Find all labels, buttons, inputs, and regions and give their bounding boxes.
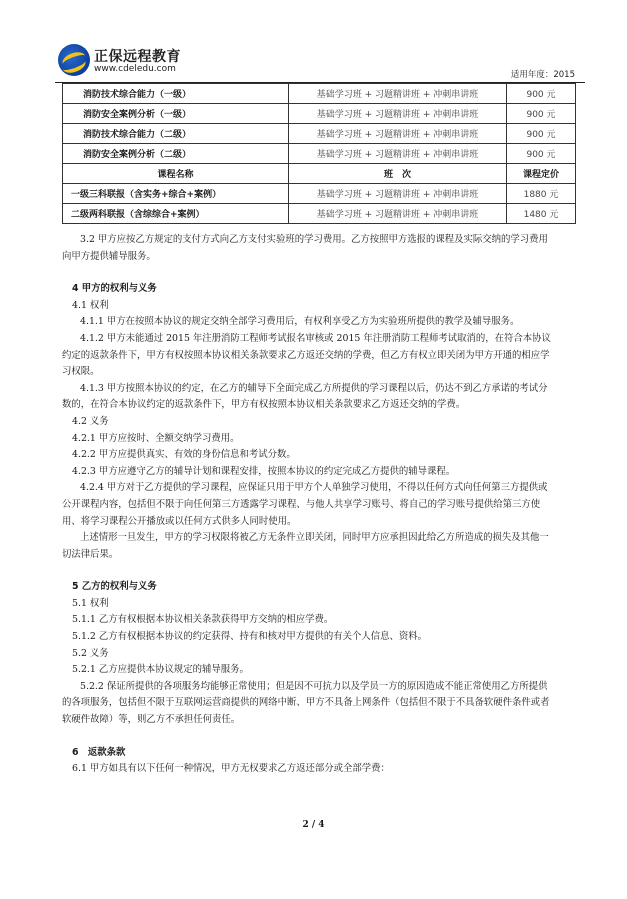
course-classes: 基础学习班 + 习题精讲班 + 冲刺串讲班 xyxy=(289,204,507,224)
clause-6-1: 6.1 甲方如具有以下任何一种情况，甲方无权要求乙方返还部分或全部学费： xyxy=(62,761,556,778)
clause-5-1-2: 5.1.2 乙方有权根据本协议的约定获得、持有和核对甲方提供的有关个人信息、资料… xyxy=(62,629,556,646)
course-price: 1480 元 xyxy=(507,204,576,224)
document-body: 3.2 甲方应按乙方规定的支付方式向乙方支付实验班的学习费用。乙方按照甲方选报的… xyxy=(62,232,556,778)
table-row: 消防技术综合能力（二级） 基础学习班 + 习题精讲班 + 冲刺串讲班 900 元 xyxy=(63,124,576,144)
course-classes: 基础学习班 + 习题精讲班 + 冲刺串讲班 xyxy=(289,84,507,104)
clause-5-1-1: 5.1.1 乙方有权根据本协议相关条款获得甲方交纳的相应学费。 xyxy=(62,612,556,629)
clause-4-1-2: 4.1.2 甲方未能通过 2015 年注册消防工程师考试报名审核或 2015 年… xyxy=(62,331,556,381)
column-header-price: 课程定价 xyxy=(507,164,576,184)
clause-4-2-2: 4.2.2 甲方应提供真实、有效的身份信息和考试分数。 xyxy=(62,447,556,464)
section-6-title: 6 返款条款 xyxy=(62,745,556,762)
course-name: 一级三科联报（含实务+综合+案例） xyxy=(63,184,289,204)
clause-4-2-4-consequence: 上述情形一旦发生，甲方的学习权限将被乙方无条件立即关闭，同时甲方应承担因此给乙方… xyxy=(62,530,556,563)
course-price: 900 元 xyxy=(507,144,576,164)
course-name: 消防技术综合能力（一级） xyxy=(63,84,289,104)
clause-5-2: 5.2 义务 xyxy=(62,646,556,663)
column-header-course-name: 课程名称 xyxy=(63,164,289,184)
table-row: 一级三科联报（含实务+综合+案例） 基础学习班 + 习题精讲班 + 冲刺串讲班 … xyxy=(63,184,576,204)
clause-5-2-1: 5.2.1 乙方应提供本协议规定的辅导服务。 xyxy=(62,662,556,679)
course-classes: 基础学习班 + 习题精讲班 + 冲刺串讲班 xyxy=(289,144,507,164)
course-classes: 基础学习班 + 习题精讲班 + 冲刺串讲班 xyxy=(289,124,507,144)
brand-url: www.cdeledu.com xyxy=(94,64,176,74)
course-classes: 基础学习班 + 习题精讲班 + 冲刺串讲班 xyxy=(289,104,507,124)
clause-4-1: 4.1 权利 xyxy=(62,298,556,315)
clause-4-2: 4.2 义务 xyxy=(62,414,556,431)
column-header-classes: 班 次 xyxy=(289,164,507,184)
clause-3-2: 3.2 甲方应按乙方规定的支付方式向乙方支付实验班的学习费用。乙方按照甲方选报的… xyxy=(62,232,556,265)
course-price: 900 元 xyxy=(507,124,576,144)
page-header: 正保远程教育 www.cdeledu.com 适用年度：2015 xyxy=(0,0,627,84)
table-header-row: 课程名称 班 次 课程定价 xyxy=(63,164,576,184)
clause-4-1-1: 4.1.1 甲方在按照本协议的规定交纳全部学习费用后，有权利享受乙方为实验班所提… xyxy=(62,314,556,331)
course-name: 二级两科联报（含综综合+案例） xyxy=(63,204,289,224)
course-price: 1880 元 xyxy=(507,184,576,204)
table-row: 消防安全案例分析（一级） 基础学习班 + 习题精讲班 + 冲刺串讲班 900 元 xyxy=(63,104,576,124)
applicable-year: 适用年度：2015 xyxy=(511,68,575,80)
clause-4-1-3: 4.1.3 甲方按照本协议的约定，在乙方的辅导下全面完成乙方所提供的学习课程以后… xyxy=(62,381,556,414)
table-row: 二级两科联报（含综综合+案例） 基础学习班 + 习题精讲班 + 冲刺串讲班 14… xyxy=(63,204,576,224)
table-row: 消防技术综合能力（一级） 基础学习班 + 习题精讲班 + 冲刺串讲班 900 元 xyxy=(63,84,576,104)
clause-4-2-3: 4.2.3 甲方应遵守乙方的辅导计划和课程安排，按照本协议的约定完成乙方提供的辅… xyxy=(62,464,556,481)
course-name: 消防技术综合能力（二级） xyxy=(63,124,289,144)
section-5-title: 5 乙方的权利与义务 xyxy=(62,579,556,596)
section-4-title: 4 甲方的权利与义务 xyxy=(62,281,556,298)
clause-4-2-1: 4.2.1 甲方应按时、全额交纳学习费用。 xyxy=(62,431,556,448)
course-name: 消防安全案例分析（一级） xyxy=(63,104,289,124)
course-price-table: 消防技术综合能力（一级） 基础学习班 + 习题精讲班 + 冲刺串讲班 900 元… xyxy=(62,83,576,224)
page-number: 2 / 4 xyxy=(0,820,627,830)
course-classes: 基础学习班 + 习题精讲班 + 冲刺串讲班 xyxy=(289,184,507,204)
cdeledu-logo-icon xyxy=(58,44,90,76)
brand-name: 正保远程教育 xyxy=(94,46,181,66)
clause-5-2-2: 5.2.2 保证所提供的各项服务均能够正常使用；但是因不可抗力以及学员一方的原因… xyxy=(62,679,556,729)
table-row: 消防安全案例分析（二级） 基础学习班 + 习题精讲班 + 冲刺串讲班 900 元 xyxy=(63,144,576,164)
clause-5-1: 5.1 权利 xyxy=(62,596,556,613)
course-name: 消防安全案例分析（二级） xyxy=(63,144,289,164)
course-price: 900 元 xyxy=(507,104,576,124)
clause-4-2-4: 4.2.4 甲方对于乙方提供的学习课程，应保证只用于甲方个人单独学习使用，不得以… xyxy=(62,480,556,530)
course-price: 900 元 xyxy=(507,84,576,104)
